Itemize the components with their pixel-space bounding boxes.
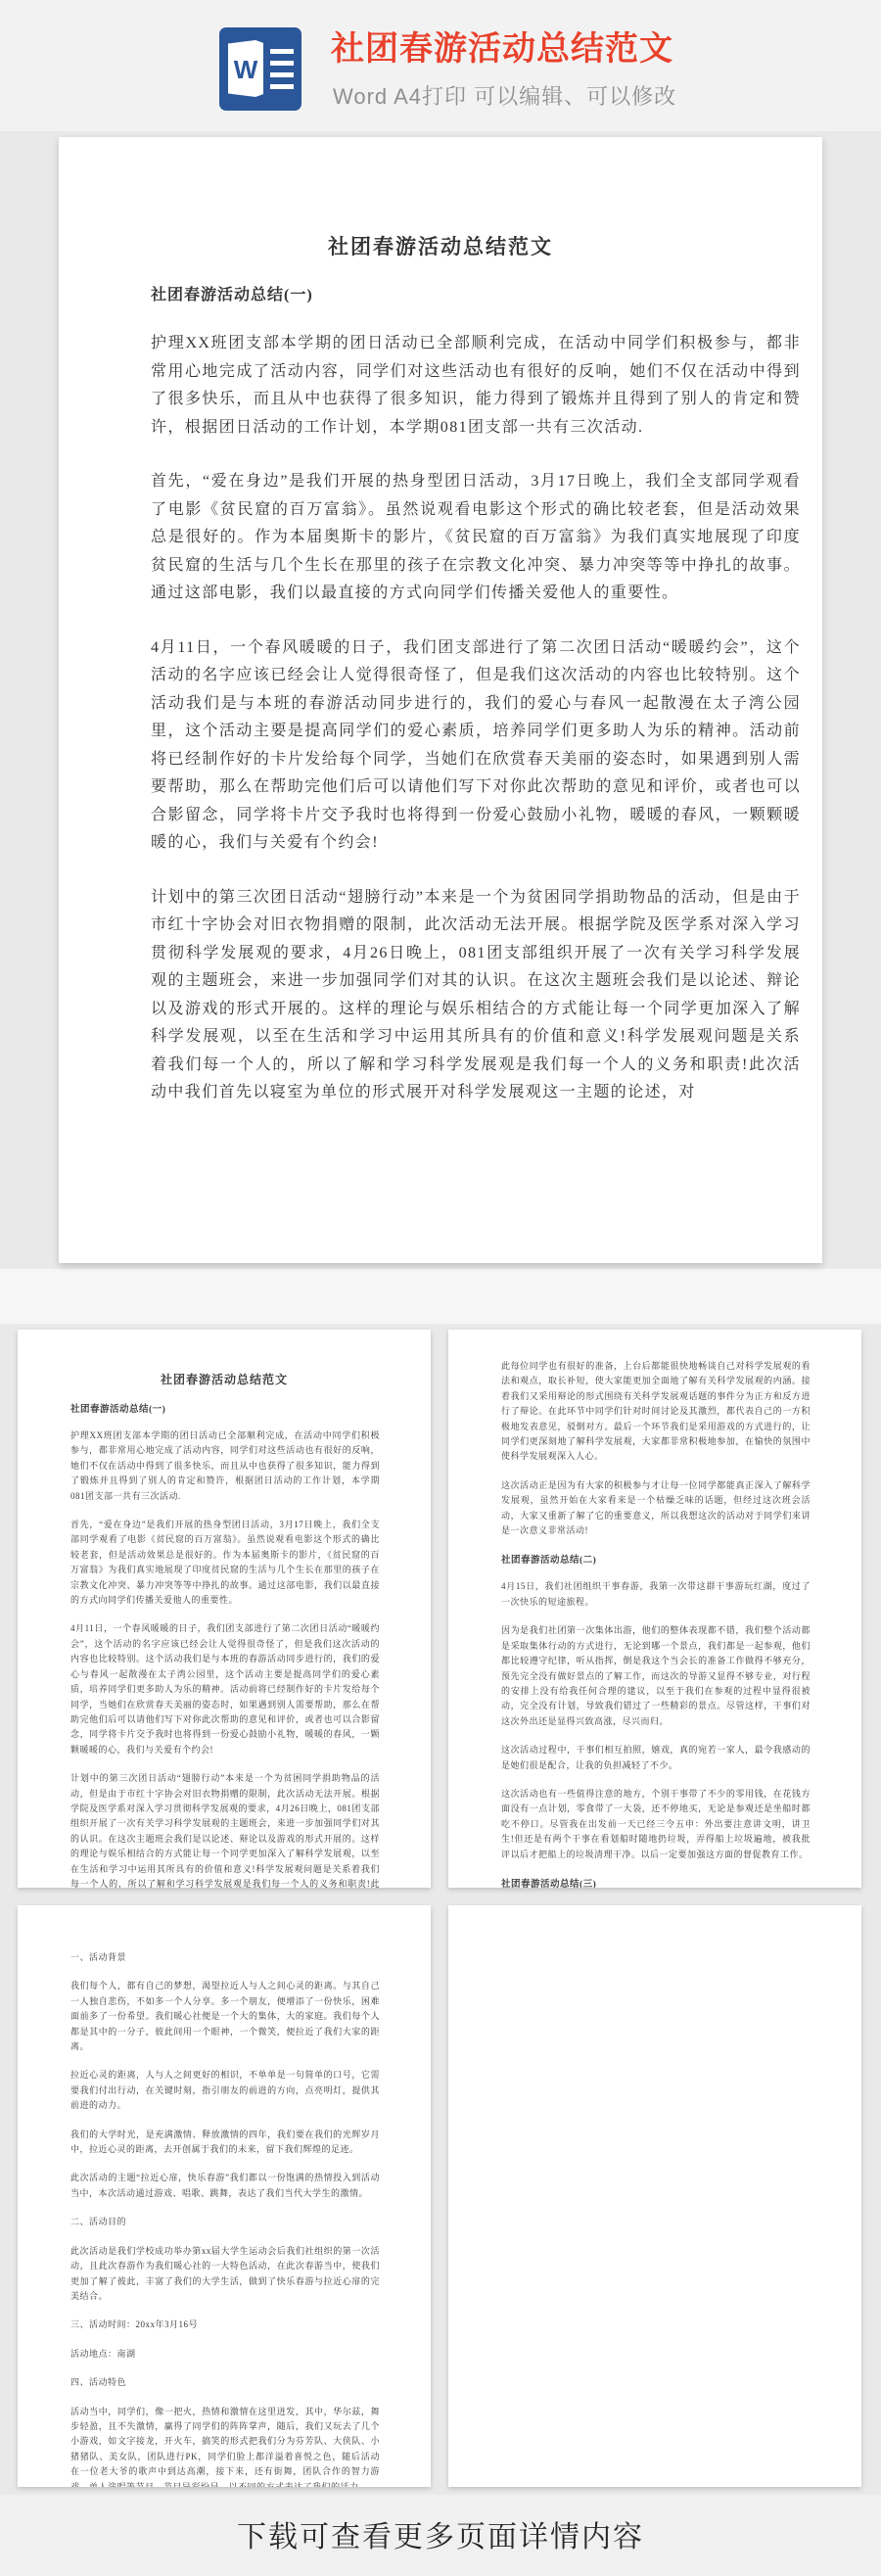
page-1-preview: 社团春游活动总结范文 社团春游活动总结(一) 护理XX班团支部本学期的团日活动已… bbox=[59, 137, 822, 1263]
word-icon-letter: W bbox=[231, 55, 260, 85]
paragraph: 4月11日，一个春风暖暖的日子，我们团支部进行了第二次团日活动“暖暖约会”，这个… bbox=[151, 634, 801, 858]
line-activity-place: 活动地点：南湖 bbox=[70, 2347, 380, 2362]
paragraph: 此次活动是我们学校成功举办第xx届大学生运动会后我们社组织的第一次活动，且此次春… bbox=[70, 2244, 380, 2305]
thumb-body: 此每位同学也有很好的准备，上台后都能很快地畅谈自己对科学发展观的看法和观点，取长… bbox=[448, 1330, 861, 1888]
word-icon-docline bbox=[270, 84, 294, 89]
paragraph: 这次活动过程中，干事们相互拍照，嬉戏，真的宛若一家人，最令我感动的是她们很是配合… bbox=[501, 1743, 811, 1773]
thumb-body: 一、活动背景 我们每个人，都有自己的梦想，渴望拉近人与人之间心灵的距离。与其自己… bbox=[18, 1905, 431, 2487]
word-icon-docline bbox=[270, 49, 294, 54]
section-divider-band bbox=[0, 1269, 881, 1324]
section-heading-2: 社团春游活动总结(二) bbox=[501, 1552, 811, 1566]
list-heading-purpose: 二、活动目的 bbox=[70, 2215, 380, 2229]
paragraph: 护理XX班团支部本学期的团日活动已全部顺利完成，在活动中同学们积极参与，都非常用… bbox=[70, 1429, 380, 1504]
paragraph: 首先，“爱在身边”是我们开展的热身型团日活动，3月17日晚上，我们全支部同学观看… bbox=[151, 468, 801, 608]
paragraph: 计划中的第三次团日活动“翅膀行动”本来是一个为贫困同学捐助物品的活动，但是由于市… bbox=[70, 1771, 380, 1888]
paragraph: 首先，“爱在身边”是我们开展的热身型团日活动，3月17日晚上，我们全支部同学观看… bbox=[70, 1518, 380, 1608]
paragraph: 4月11日，一个春风暖暖的日子，我们团支部进行了第二次团日活动“暖暖约会”，这个… bbox=[70, 1621, 380, 1757]
paragraph: 我们的大学时光，是充满激情、释放激情的四年，我们要在我们的光辉岁月中，拉近心灵的… bbox=[70, 2128, 380, 2158]
paragraph: 护理XX班团支部本学期的团日活动已全部顺利完成，在活动中同学们积极参与，都非常用… bbox=[151, 330, 801, 442]
paragraph: 这次活动也有一些值得注意的地方，个别干事带了不少的零用钱，在花钱方面没有一点计划… bbox=[501, 1787, 811, 1862]
paragraph: 活动当中，同学们，像一把火，热情和激情在这里迸发，其中，华尔兹，舞步轻盈，且不失… bbox=[70, 2405, 380, 2487]
footer-caption: 下载可查看更多页面详情内容 bbox=[0, 2512, 881, 2555]
list-heading-background: 一、活动背景 bbox=[70, 1950, 380, 1965]
thumbnail-page-1: 社团春游活动总结范文 社团春游活动总结(一) 护理XX班团支部本学期的团日活动已… bbox=[18, 1330, 431, 1888]
paragraph: 我们每个人，都有自己的梦想，渴望拉近人与人之间心灵的距离。与其自己一人独自悲伤，… bbox=[70, 1979, 380, 2054]
section-heading-1-mini: 社团春游活动总结(一) bbox=[70, 1401, 380, 1415]
doc-page-title: 社团春游活动总结范文 bbox=[59, 231, 822, 260]
paragraph: 4月15日，我们社团组织干事春游，我第一次带这群干事游玩红湖，度过了一次快乐的短… bbox=[501, 1579, 811, 1610]
list-heading-features: 四、活动特色 bbox=[70, 2375, 380, 2390]
document-title: 社团春游活动总结范文 bbox=[331, 22, 673, 70]
word-icon: W bbox=[219, 27, 301, 111]
paragraph: 这次活动正是因为有大家的积极参与才让每一位同学都能真正深入了解科学发展观，虽然开… bbox=[501, 1478, 811, 1539]
preview-page: W 社团春游活动总结范文 Word A4打印 可以编辑、可以修改 社团春游活动总… bbox=[0, 0, 881, 2576]
paragraph: 此次活动的主题“拉近心扉，快乐春游”我们都以一份饱满的热情投入到活动当中，本次活… bbox=[70, 2171, 380, 2201]
line-activity-time: 三、活动时间：20xx年3月16号 bbox=[70, 2318, 380, 2332]
document-subtitle: Word A4打印 可以编辑、可以修改 bbox=[333, 80, 676, 111]
paragraph: 计划中的第三次团日活动“翅膀行动”本来是一个为贫困同学捐助物品的活动，但是由于市… bbox=[151, 884, 801, 1107]
paragraph: 此每位同学也有很好的准备，上台后都能很快地畅谈自己对科学发展观的看法和观点，取长… bbox=[501, 1359, 811, 1465]
doc-page-body: 社团春游活动总结(一) 护理XX班团支部本学期的团日活动已全部顺利完成，在活动中… bbox=[59, 260, 822, 1107]
thumbnail-page-2: 此每位同学也有很好的准备，上台后都能很快地畅谈自己对科学发展观的看法和观点，取长… bbox=[448, 1330, 861, 1888]
word-icon-docline bbox=[270, 61, 294, 66]
section-heading-1: 社团春游活动总结(一) bbox=[151, 282, 801, 304]
thumb-body: 社团春游活动总结(一) 护理XX班团支部本学期的团日活动已全部顺利完成，在活动中… bbox=[18, 1401, 431, 1888]
paragraph: 拉近心灵的距离，人与人之间更好的相识，不单单是一句简单的口号，它需要我们付出行动… bbox=[70, 2068, 380, 2113]
thumbnail-page-3: 一、活动背景 我们每个人，都有自己的梦想，渴望拉近人与人之间心灵的距离。与其自己… bbox=[18, 1905, 431, 2487]
paragraph: 因为是我们社团第一次集体出游，他们的整体表现都不错，我们整个活动都是采取集体行动… bbox=[501, 1623, 811, 1729]
thumbnail-page-4-blank bbox=[448, 1905, 861, 2487]
doc-page-title-mini: 社团春游活动总结范文 bbox=[18, 1371, 431, 1387]
word-icon-docline bbox=[270, 72, 294, 77]
section-heading-3: 社团春游活动总结(三) bbox=[501, 1876, 811, 1888]
header: W 社团春游活动总结范文 Word A4打印 可以编辑、可以修改 bbox=[0, 0, 881, 131]
